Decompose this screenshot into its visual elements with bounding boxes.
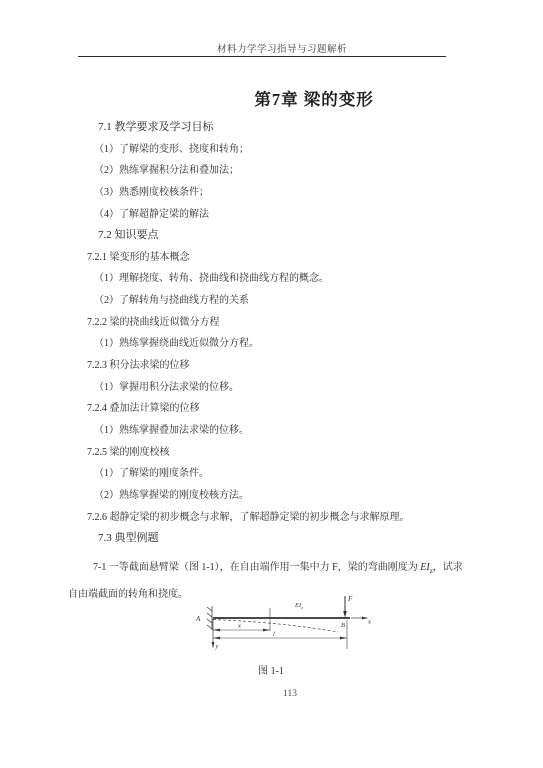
section-heading-7-3: 7.3 典型例题 — [0, 528, 543, 550]
item-7-1-4: （4）了解超静定梁的解法 — [0, 204, 543, 226]
page-body: 7.1 教学要求及学习目标 （1）了解梁的变形、挠度和转角； （2）熟练掌握积分… — [0, 117, 543, 608]
subsection-7-2-2: 7.2.2 梁的挠曲线近似微分方程 — [0, 312, 543, 334]
problem-7-1-line1: 7-1 一等截面悬臂梁（图 1-1），在自由端作用一集中力 F，梁的弯曲刚度为 … — [0, 554, 543, 581]
stiffness-symbol: EI — [420, 562, 429, 573]
figure-beam-diagram: A B F EIz x x l y — [194, 592, 374, 654]
running-header: 材料力学学习指导与习题解析 — [0, 41, 543, 55]
item-7-2-4-1: （1）熟练掌握叠加法求梁的位移。 — [0, 420, 543, 442]
label-stiffness: EIz — [294, 602, 303, 610]
page-number: 113 — [260, 689, 320, 699]
subsection-7-2-5: 7.2.5 梁的刚度校核 — [0, 442, 543, 464]
label-dim-l: l — [273, 631, 275, 638]
x-axis-arrow — [351, 617, 369, 620]
figure-1-1: A B F EIz x x l y — [194, 592, 374, 654]
subsection-7-2-1: 7.2.1 梁变形的基本概念 — [0, 247, 543, 269]
item-7-1-2: （2）熟练掌握积分法和叠加法； — [0, 160, 543, 182]
section-heading-7-1: 7.1 教学要求及学习目标 — [0, 117, 543, 139]
label-end-b: B — [341, 622, 345, 629]
problem-text-pre: 7-1 一等截面悬臂梁（图 1-1），在自由端作用一集中力 F，梁的弯曲刚度为 — [93, 562, 420, 573]
problem-text-post: ，试求 — [433, 562, 463, 573]
item-7-2-1-2: （2）了解转角与挠曲线方程的关系 — [0, 290, 543, 312]
dimension-l — [213, 637, 347, 640]
dimension-x — [213, 629, 270, 632]
item-7-2-1-1: （1）理解挠度、转角、挠曲线和挠曲线方程的概念。 — [0, 268, 543, 290]
chapter-title: 第7章 梁的变形 — [100, 86, 528, 110]
figure-caption: 图 1-1 — [211, 662, 331, 677]
label-force-f: F — [347, 595, 353, 603]
subsection-7-2-6: 7.2.6 超静定梁的初步概念与求解，了解超静定梁的初步概念与求解原理。 — [0, 507, 543, 529]
force-arrow — [343, 596, 347, 618]
subsection-7-2-4: 7.2.4 叠加法计算梁的位移 — [0, 398, 543, 420]
item-7-2-5-2: （2）熟练掌握梁的刚度校核方法。 — [0, 485, 543, 507]
section-heading-7-2: 7.2 知识要点 — [0, 225, 543, 247]
label-axis-x: x — [367, 619, 371, 626]
label-axis-y: y — [215, 643, 219, 650]
item-7-1-1: （1）了解梁的变形、挠度和转角； — [0, 139, 543, 161]
label-dim-x: x — [237, 623, 241, 630]
item-7-1-3: （3）熟悉刚度校核条件； — [0, 182, 543, 204]
item-7-2-5-1: （1）了解梁的刚度条件。 — [0, 463, 543, 485]
subsection-7-2-3: 7.2.3 积分法求梁的位移 — [0, 355, 543, 377]
fixed-support — [207, 606, 212, 630]
label-support-a: A — [195, 615, 201, 623]
item-7-2-3-1: （1）掌握用积分法求梁的位移。 — [0, 377, 543, 399]
header-rule — [78, 56, 446, 57]
item-7-2-2-1: （1）熟练掌握绕曲线近似微分方程。 — [0, 333, 543, 355]
stiffness-ei-sub: z — [300, 605, 303, 610]
